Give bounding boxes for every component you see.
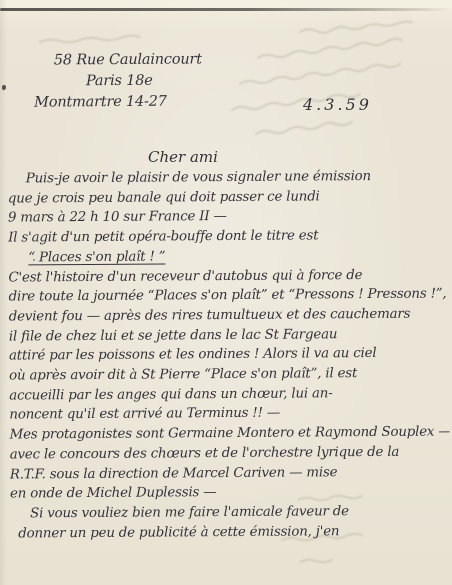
address-city: Paris 18e [34, 70, 202, 92]
sender-address-block: 58 Rue Caulaincourt Paris 18e Montmartre… [34, 49, 202, 113]
letter-line: devient fou — après des rires tumultueux… [9, 304, 449, 327]
address-street: 58 Rue Caulaincourt [34, 49, 202, 71]
letter-photo: { "colors": { "paper": "#e9e4d5", "ink":… [0, 0, 452, 585]
address-phone: Montmartre 14-27 [34, 91, 202, 113]
salutation: Cher ami [148, 148, 218, 166]
letter-body: Puis-je avoir le plaisir de vous signale… [8, 166, 451, 543]
letter-date: 4.3.59 [303, 95, 372, 114]
letter-line: donner un peu de publicité à cette émiss… [10, 521, 450, 544]
paper-top-edge-shadow [0, 8, 452, 11]
letter-line: avec le concours des chœurs et de l'orch… [10, 442, 450, 465]
